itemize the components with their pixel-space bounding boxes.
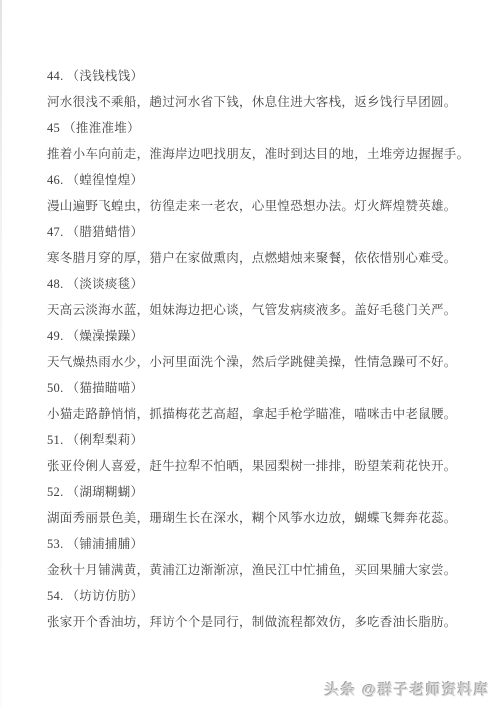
entry-sentence: 漫山遍野飞蝗虫，彷徨走来一老农，心里惶恐想办法。灯火辉煌赞英雄。 <box>47 193 486 219</box>
entry-heading: 50.（猫描瞄喵） <box>47 375 486 401</box>
entry: 53.（铺浦捕脯） 金秋十月铺满黄，黄浦江边渐渐凉，渔民江中忙捕鱼，买回果脯大家… <box>47 531 486 583</box>
entry-heading: 47.（腊猎蜡惜） <box>47 219 486 245</box>
entry-heading: 46.（蝗徨惶煌） <box>47 167 486 193</box>
entry-character-group: （浅钱栈饯） <box>67 63 144 89</box>
entry-sentence: 寒冬腊月穿的厚，猎户在家做熏肉，点燃蜡烛来聚餐，依依惜别心难受。 <box>47 245 486 271</box>
entry-number: 52. <box>47 479 64 505</box>
entry-number: 48. <box>47 271 64 297</box>
entry-character-group: （腊猎蜡惜） <box>67 219 144 245</box>
entry-character-group: （燥澡操躁） <box>67 323 144 349</box>
entry-sentence: 金秋十月铺满黄，黄浦江边渐渐凉，渔民江中忙捕鱼，买回果脯大家尝。 <box>47 557 486 583</box>
entry-heading: 44.（浅钱栈饯） <box>47 63 486 89</box>
watermark: 头条 @群子老师资料库 <box>325 679 490 700</box>
entry-character-group: （猫描瞄喵） <box>67 375 144 401</box>
entry-sentence: 张家开个香油坊，拜访个个是同行，制做流程都效仿，多吃香油长脂肪。 <box>47 609 486 635</box>
entry-character-group: （推淮准堆） <box>63 115 140 141</box>
entry-sentence: 天气燥热雨水少，小河里面洗个澡，然后学跳健美操，性情急躁可不好。 <box>47 349 486 375</box>
entry-number: 53. <box>47 531 64 557</box>
entry: 51.（俐犁梨莉） 张亚伶俐人喜爱，赶牛拉犁不怕晒，果园梨树一排排，盼望茉莉花快… <box>47 427 486 479</box>
entry: 45（推淮准堆） 推着小车向前走，淮海岸边吧找朋友，准时到达目的地，土堆旁边握握… <box>47 115 486 167</box>
entry-sentence: 张亚伶俐人喜爱，赶牛拉犁不怕晒，果园梨树一排排，盼望茉莉花快开。 <box>47 453 486 479</box>
entry-heading: 53.（铺浦捕脯） <box>47 531 486 557</box>
entry: 50.（猫描瞄喵） 小猫走路静悄悄，抓描梅花艺高超，拿起手枪学瞄准，喵咪击中老鼠… <box>47 375 486 427</box>
entry-sentence: 天高云淡海水蓝，姐妹海边把心谈，气管发病痰液多。盖好毛毯门关严。 <box>47 297 486 323</box>
entry-number: 44. <box>47 63 64 89</box>
entry-number: 51. <box>47 427 64 453</box>
entry-character-group: （蝗徨惶煌） <box>67 167 144 193</box>
entries-list: 44.（浅钱栈饯） 河水很浅不乘船，趟过河水省下钱，休息住进大客栈，返乡饯行早团… <box>47 63 486 635</box>
entry-number: 47. <box>47 219 64 245</box>
entry-number: 50. <box>47 375 64 401</box>
entry-number: 45 <box>47 115 60 141</box>
watermark-text: 头条 @群子老师资料库 <box>325 683 490 699</box>
entry: 48.（淡谈痰毯） 天高云淡海水蓝，姐妹海边把心谈，气管发病痰液多。盖好毛毯门关… <box>47 271 486 323</box>
entry: 52.（湖瑚糊蝴） 湖面秀丽景色美，珊瑚生长在深水，糊个风筝水边放，蝴蝶飞舞奔花… <box>47 479 486 531</box>
scan-edge-artifact <box>0 0 2 707</box>
entry: 49.（燥澡操躁） 天气燥热雨水少，小河里面洗个澡，然后学跳健美操，性情急躁可不… <box>47 323 486 375</box>
entry-character-group: （铺浦捕脯） <box>67 531 144 557</box>
entry: 47.（腊猎蜡惜） 寒冬腊月穿的厚，猎户在家做熏肉，点燃蜡烛来聚餐，依依惜别心难… <box>47 219 486 271</box>
entry-character-group: （坊访仿肪） <box>67 583 144 609</box>
entry-number: 46. <box>47 167 64 193</box>
entry-sentence: 河水很浅不乘船，趟过河水省下钱，休息住进大客栈，返乡饯行早团圆。 <box>47 89 486 115</box>
entry-heading: 51.（俐犁梨莉） <box>47 427 486 453</box>
entry: 46.（蝗徨惶煌） 漫山遍野飞蝗虫，彷徨走来一老农，心里惶恐想办法。灯火辉煌赞英… <box>47 167 486 219</box>
entry: 44.（浅钱栈饯） 河水很浅不乘船，趟过河水省下钱，休息住进大客栈，返乡饯行早团… <box>47 63 486 115</box>
entry-character-group: （湖瑚糊蝴） <box>67 479 144 505</box>
entry-number: 49. <box>47 323 64 349</box>
entry-heading: 45（推淮准堆） <box>47 115 486 141</box>
entry-character-group: （淡谈痰毯） <box>67 271 144 297</box>
entry-heading: 52.（湖瑚糊蝴） <box>47 479 486 505</box>
entry-number: 54. <box>47 583 64 609</box>
entry-sentence: 小猫走路静悄悄，抓描梅花艺高超，拿起手枪学瞄准，喵咪击中老鼠腰。 <box>47 401 486 427</box>
entry: 54.（坊访仿肪） 张家开个香油坊，拜访个个是同行，制做流程都效仿，多吃香油长脂… <box>47 583 486 635</box>
entry-heading: 49.（燥澡操躁） <box>47 323 486 349</box>
entry-sentence: 湖面秀丽景色美，珊瑚生长在深水，糊个风筝水边放，蝴蝶飞舞奔花蕊。 <box>47 505 486 531</box>
entry-character-group: （俐犁梨莉） <box>67 427 144 453</box>
entry-sentence: 推着小车向前走，淮海岸边吧找朋友，准时到达目的地，土堆旁边握握手。 <box>47 141 486 167</box>
entry-heading: 48.（淡谈痰毯） <box>47 271 486 297</box>
entry-heading: 54.（坊访仿肪） <box>47 583 486 609</box>
